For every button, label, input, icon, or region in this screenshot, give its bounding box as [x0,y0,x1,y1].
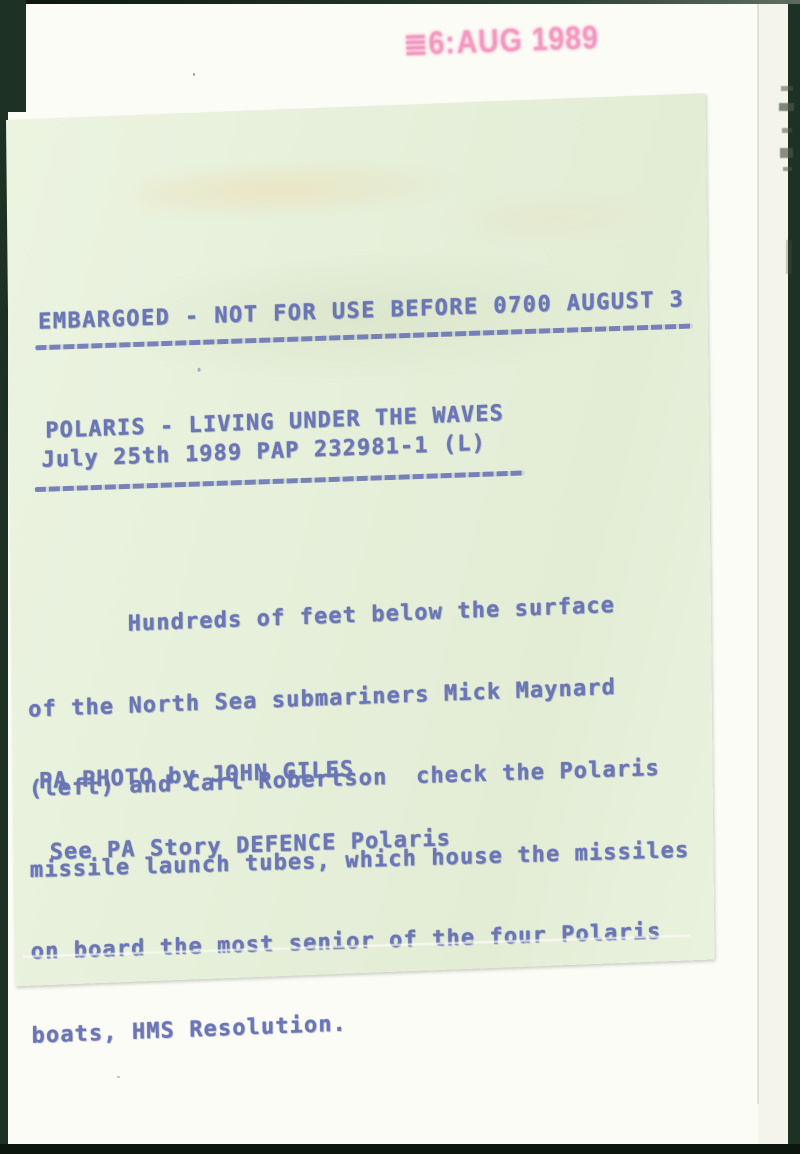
caption-body-line: of the North Sea submariners Mick Maynar… [28,672,688,727]
backing-shade-band [758,4,788,1145]
scan-border-top [0,0,800,4]
caption-body: Hundreds of feet below the surface of th… [27,538,692,1105]
caption-paper: EMBARGOED - NOT FOR USE BEFORE 0700 AUGU… [6,93,715,986]
date-stamp: ≣6:AUG 1989 [403,19,599,64]
stamp-smudge: ≣6: [403,25,456,62]
scan-border-corner [0,0,26,112]
scan-artifact [779,103,794,111]
caption-body-line: on board the most senior of the four Pol… [31,918,691,969]
bleed-through-ghost [437,187,667,251]
caption-body-line: boats, HMS Resolution. [31,998,691,1053]
stamp-date: AUG 1989 [456,20,599,61]
scanned-caption-sheet: ≣6:AUG 1989 EMBARGOED - NOT FOR USE BEFO… [0,0,800,1154]
backing-edge-line [757,4,759,1104]
dust-speck [193,73,195,76]
caption-body-line: Hundreds of feet below the surface [27,590,687,645]
scan-artifact [786,240,792,274]
typed-underline-light [35,470,525,492]
scan-artifact [781,86,793,91]
scan-artifact [780,148,793,158]
ink-dot [198,368,201,372]
scan-border-bottom [0,1144,800,1154]
scan-artifact [783,167,792,171]
bleed-through-ghost [136,152,466,225]
scan-artifact [782,128,792,133]
